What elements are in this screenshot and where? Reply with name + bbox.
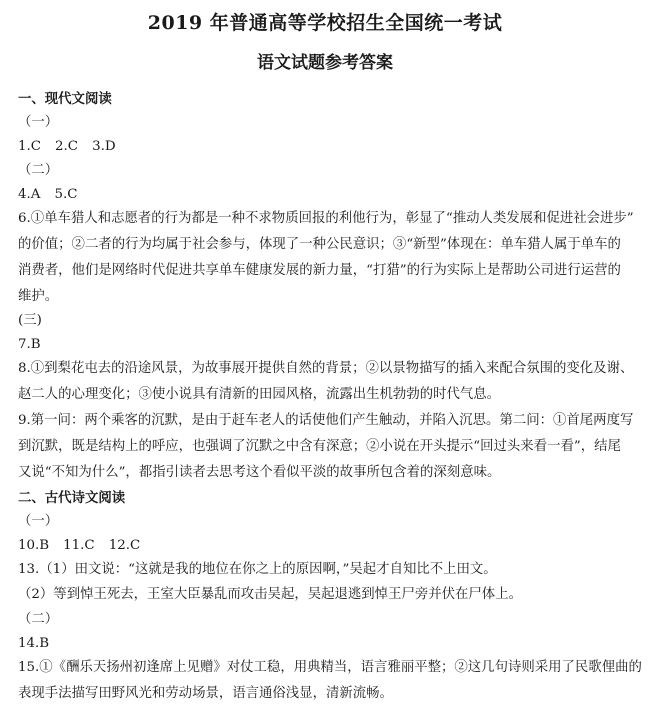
- answer-text-line: 的价值；②二者的行为均属于社会参与，体现了一种公民意识；③“新型”体现在：单车猎…: [18, 236, 621, 254]
- answer: 5.C: [54, 186, 77, 204]
- answer: 11.C: [63, 537, 95, 555]
- part-label: （二）: [18, 162, 58, 180]
- answer: 2.C: [55, 138, 78, 156]
- answer-row: 4.A5.C: [18, 186, 91, 204]
- section-heading-classical-reading: 二、古代诗文阅读: [18, 489, 125, 507]
- part-label: （一）: [18, 114, 58, 132]
- part-label: （二）: [18, 611, 58, 629]
- answer: 4.A: [18, 186, 40, 204]
- answer: 1.C: [18, 138, 41, 156]
- answer-text-line: 8.①到梨花屯去的沿途风景，为故事展开提供自然的背景；②以景物描写的插入来配合氛…: [18, 360, 633, 378]
- answer-text-line: 13.（1）田文说：“这就是我的地位在你之上的原因啊，”吴起才自知比不上田文。: [18, 561, 497, 579]
- answer-text-line: 赵二人的心理变化；③使小说具有清新的田园风格，流露出生机勃勃的时代气息。: [18, 386, 500, 404]
- answer-text-line: （2）等到悼王死去，王室大臣暴乱而攻击吴起，吴起退逃到悼王尸旁并伏在尸体上。: [18, 586, 522, 604]
- answer-row: 10.B11.C12.C: [18, 537, 154, 555]
- answer-text-line: 又说“不知为什么”，都指引读者去思考这个看似平淡的故事所包含着的深刻意味。: [18, 464, 500, 482]
- answer: 14.B: [18, 635, 49, 653]
- answer-text-line: 6.①单车猎人和志愿者的行为都是一种不求物质回报的利他行为，彰显了“推动人类发展…: [18, 210, 634, 228]
- answer: 12.C: [109, 537, 141, 555]
- answer: 10.B: [18, 537, 49, 555]
- part-label: （一）: [18, 513, 58, 531]
- answer: 7.B: [18, 336, 41, 354]
- answer-text-line: 15.①《酬乐天扬州初逢席上见赠》对仗工稳，用典精当，语言雅丽平整；②这几句诗则…: [18, 659, 642, 677]
- section-heading-modern-reading: 一、现代文阅读: [18, 90, 112, 108]
- answer-text-line: 到沉默，既是结构上的呼应，也强调了沉默之中含有深意；②小说在开头提示“回过头来看…: [18, 438, 621, 456]
- answer-text-line: 9.第一问：两个乘客的沉默，是由于赶车老人的话使他们产生触动，并陷入沉思。第二问…: [18, 412, 633, 430]
- answer-text-line: 维护。: [18, 288, 58, 306]
- document-subtitle: 语文试题参考答案: [0, 48, 650, 73]
- document-title: 2019 年普通高等学校招生全国统一考试: [0, 8, 650, 35]
- answer-text-line: 表现手法描写田野风光和劳动场景，语言通俗浅显，清新流畅。: [18, 685, 393, 703]
- answer: 3.D: [92, 138, 116, 156]
- part-label: (三): [18, 312, 42, 330]
- answer-row: 1.C2.C3.D: [18, 138, 130, 156]
- answer-text-line: 消费者，他们是网络时代促进共享单车健康发展的新力量，“打猎”的行为实际上是帮助公…: [18, 262, 621, 280]
